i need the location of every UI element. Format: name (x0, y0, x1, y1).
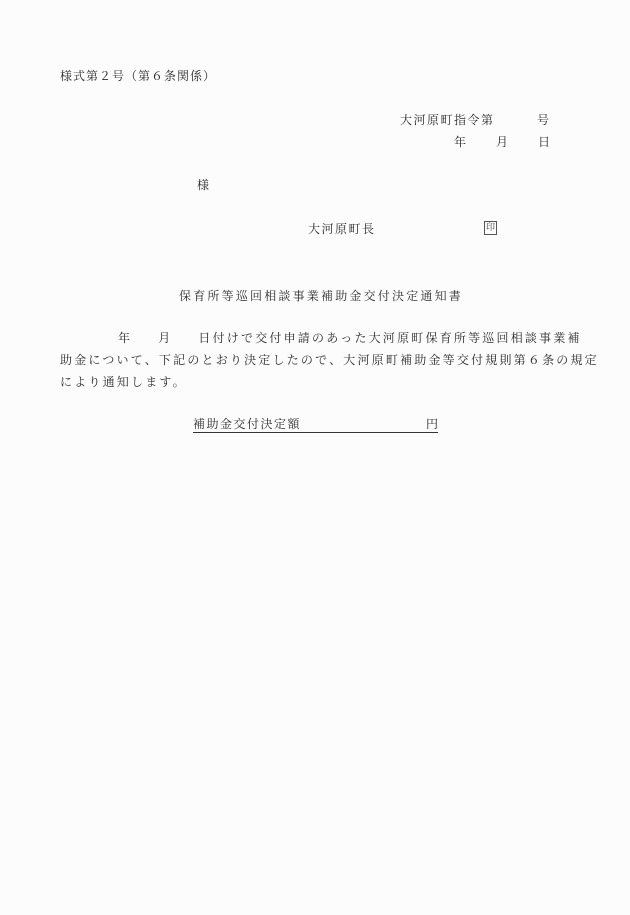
document-title: 保育所等巡回相談事業補助金交付決定通知書 (179, 289, 463, 303)
body-paragraph-line-3: により通知します。 (60, 375, 187, 389)
body-paragraph-line-2: 助金について、下記のとおり決定したので、大河原町補助金等交付規則第６条の規定 (60, 353, 599, 367)
issue-date-month: 月 (496, 135, 508, 149)
directive-number-suffix: 号 (537, 113, 549, 127)
directive-number-prefix: 大河原町指令第 (400, 113, 495, 127)
subsidy-amount-unit: 円 (426, 417, 438, 431)
subsidy-amount-field: 補助金交付決定額 円 (193, 417, 438, 433)
seal-icon: 印 (484, 221, 497, 235)
body-line-1-text: 日付けで交付申請のあった大河原町保育所等巡回相談事業補 (198, 331, 581, 345)
issuer-name: 大河原町長 (308, 222, 376, 236)
body-month: 月 (158, 331, 172, 345)
issue-date-day: 日 (538, 135, 550, 149)
body-paragraph-line-1: 年月日付けで交付申請のあった大河原町保育所等巡回相談事業補 (60, 331, 582, 345)
subsidy-amount-label: 補助金交付決定額 (193, 417, 301, 431)
body-year: 年 (118, 331, 132, 345)
form-number: 様式第２号（第６条関係） (60, 69, 216, 83)
issue-date-year: 年 (454, 135, 466, 149)
recipient-honorific: 様 (197, 178, 209, 192)
